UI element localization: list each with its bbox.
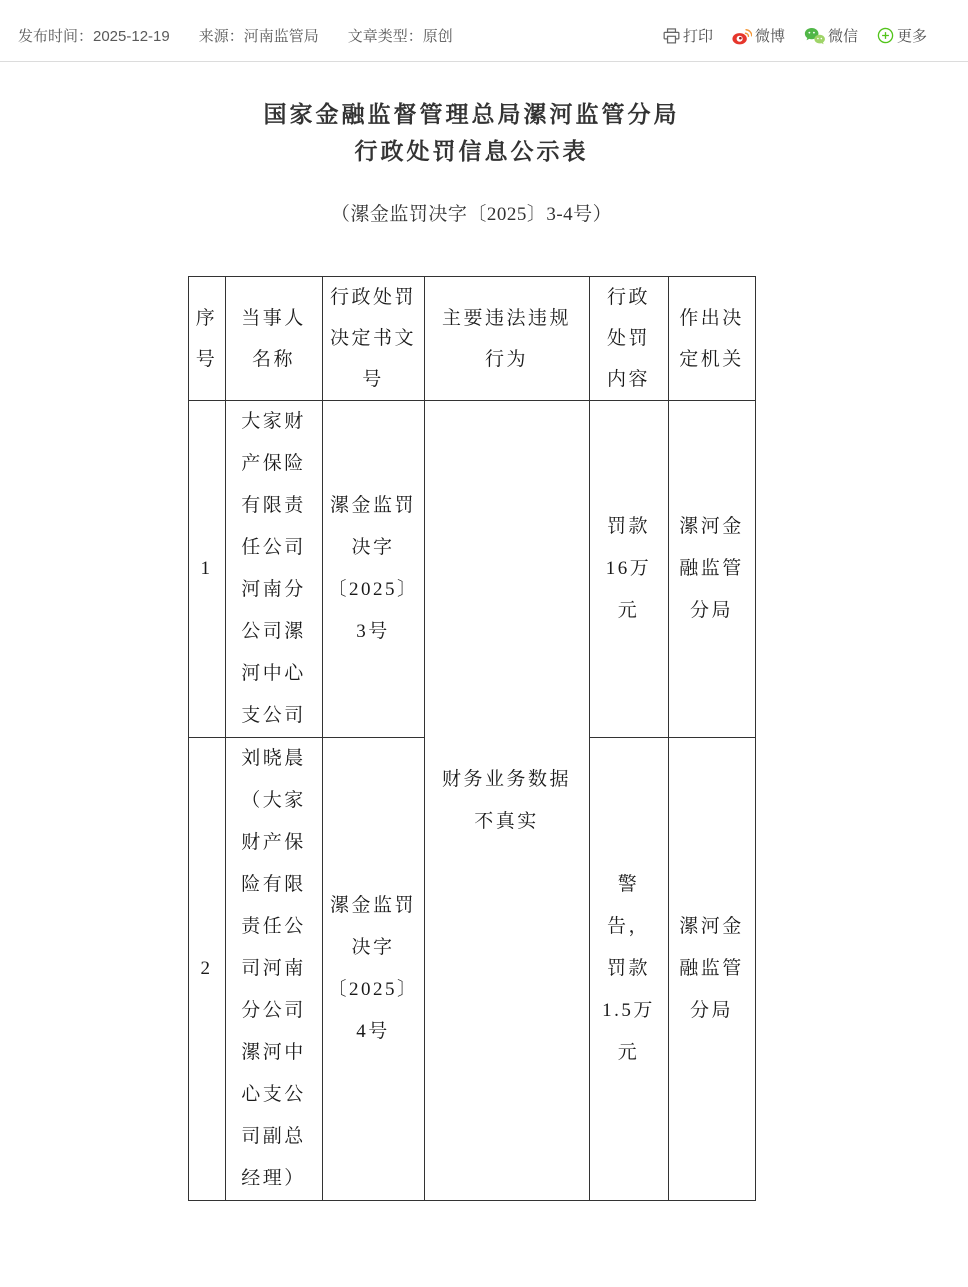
document-number: （漯金监罚决字〔2025〕3-4号）	[0, 202, 943, 228]
printer-icon	[663, 28, 680, 44]
wechat-label: 微信	[828, 25, 858, 46]
header-doc-no: 行政处罚 决定书文 号	[322, 277, 424, 401]
plus-circle-icon	[877, 27, 894, 44]
weibo-icon	[732, 27, 752, 45]
bottom-whitespace	[0, 1201, 943, 1287]
meta-info: 发布时间：2025-12-19 来源：河南监管局 文章类型：原创	[18, 25, 453, 46]
seq-no-cell-1: 1	[188, 401, 225, 738]
header-party: 当事人 名称	[225, 277, 322, 401]
article-body: 国家金融监督管理总局漯河监管分局 行政处罚信息公示表 （漯金监罚决字〔2025〕…	[0, 96, 943, 1287]
penalty-table: 序 号 当事人 名称 行政处罚 决定书文 号 主要违法违规 行为 行政 处罚 内…	[188, 276, 756, 1201]
header-penalty: 行政 处罚 内容	[589, 277, 668, 401]
table-row-1: 1 大家财 产保险 有限责 任公司 河南分 公司漯 河中心 支公司 漯金监罚 决…	[188, 401, 755, 738]
authority-cell-2: 漯河金 融监管 分局	[668, 738, 755, 1201]
wechat-icon	[804, 27, 825, 45]
header-authority: 作出决 定机关	[668, 277, 755, 401]
more-label: 更多	[897, 25, 927, 46]
header-seq-no: 序 号	[188, 277, 225, 401]
page-title: 国家金融监督管理总局漯河监管分局 行政处罚信息公示表	[0, 96, 943, 170]
header-violation: 主要违法违规 行为	[424, 277, 589, 401]
doc-no-cell-1: 漯金监罚 决字 〔2025〕 3号	[322, 401, 424, 738]
seq-no-cell-2: 2	[188, 738, 225, 1201]
publish-time: 发布时间：2025-12-19	[18, 25, 170, 46]
table-header-row: 序 号 当事人 名称 行政处罚 决定书文 号 主要违法违规 行为 行政 处罚 内…	[188, 277, 755, 401]
authority-cell-1: 漯河金 融监管 分局	[668, 401, 755, 738]
weibo-share-button[interactable]: 微博	[732, 25, 785, 46]
more-button[interactable]: 更多	[877, 25, 927, 46]
penalty-cell-1: 罚款 16万 元	[589, 401, 668, 738]
wechat-share-button[interactable]: 微信	[804, 25, 858, 46]
doc-no-cell-2: 漯金监罚 决字 〔2025〕 4号	[322, 738, 424, 1201]
party-cell-1: 大家财 产保险 有限责 任公司 河南分 公司漯 河中心 支公司	[225, 401, 322, 738]
share-toolbar: 打印 微博	[663, 25, 927, 46]
violation-cell: 财务业务数据 不真实	[424, 401, 589, 1201]
party-cell-2: 刘晓晨 （大家 财产保 险有限 责任公 司河南 分公司 漯河中 心支公 司副总 …	[225, 738, 322, 1201]
print-button[interactable]: 打印	[663, 25, 713, 46]
weibo-label: 微博	[755, 25, 785, 46]
article-page: 发布时间：2025-12-19 来源：河南监管局 文章类型：原创 打印	[0, 0, 968, 1287]
print-label: 打印	[683, 25, 713, 46]
article-type: 文章类型：原创	[348, 25, 453, 46]
source: 来源：河南监管局	[199, 25, 319, 46]
article-meta-bar: 发布时间：2025-12-19 来源：河南监管局 文章类型：原创 打印	[0, 0, 968, 62]
penalty-cell-2: 警 告， 罚款 1.5万 元	[589, 738, 668, 1201]
